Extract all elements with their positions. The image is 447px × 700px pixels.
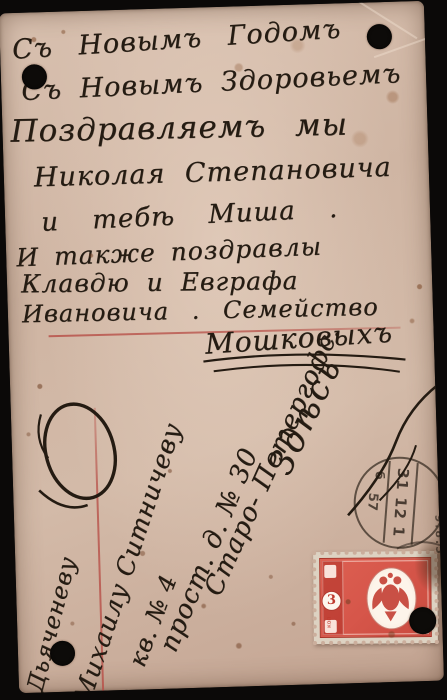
postmark-aux-digits: 9.8.5 (432, 514, 444, 556)
handwriting-line: Съ Новымъ Здоровьемъ (21, 58, 402, 107)
handwriting-line: Съ Новымъ Годомъ (11, 14, 342, 66)
handwriting-line: Поздравляемъ мы (10, 107, 348, 150)
stamp-denomination: 3 (321, 591, 341, 611)
handwriting-line: Николая Степановича (33, 152, 392, 194)
stamp-ornament-block (324, 565, 336, 578)
scanned-postcard-photo: Съ Новымъ Годомъ Съ Новымъ Здоровьемъ По… (0, 0, 447, 700)
ink-flourish-stroke (336, 378, 444, 521)
postcard: Съ Новымъ Годомъ Съ Новымъ Здоровьемъ По… (0, 1, 444, 693)
punch-hole (366, 24, 392, 50)
handwriting-line: и тебѣ Миша . (41, 194, 339, 238)
punch-hole (50, 640, 76, 666)
ink-flourish-oval (30, 392, 124, 525)
handwriting-corner-name: Дьяченеву (23, 554, 82, 693)
stamp-unit-label: коп (326, 617, 333, 628)
handwriting-line: Клавдю и Евграфа (21, 266, 299, 298)
